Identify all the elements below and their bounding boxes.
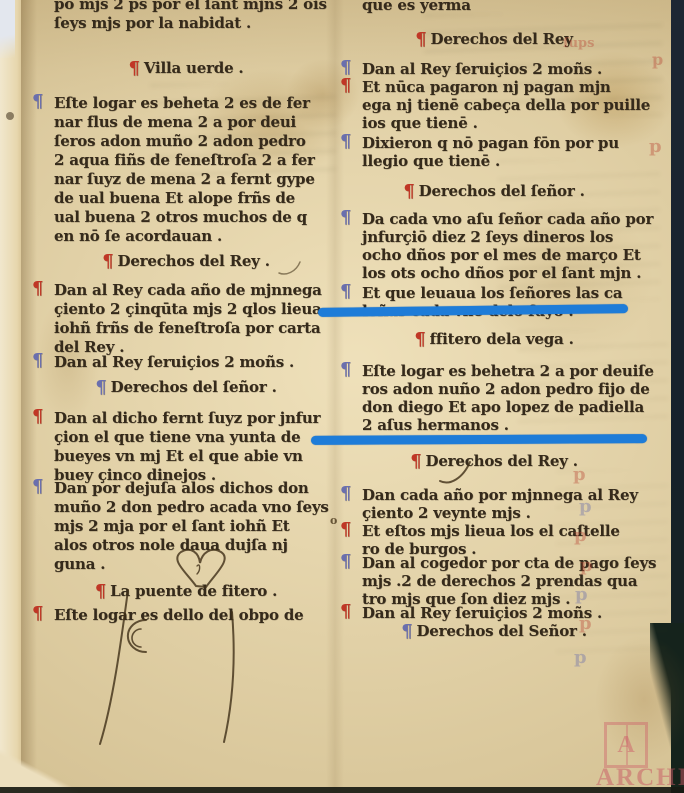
manuscript-line: Dan al Rey ſeruiçios 2 moñs . — [362, 60, 602, 78]
section-heading: ¶Derechos del ſeñor . — [344, 182, 644, 200]
pilcrow-icon: ¶ — [340, 553, 351, 571]
heading-text: Derechos del Rey — [431, 30, 573, 48]
pilcrow-icon: ¶ — [340, 603, 351, 621]
section-heading: ¶La puente de fitero . — [36, 582, 336, 601]
manuscript-line: çion el que tiene vna yunta de — [54, 428, 336, 447]
pilcrow-icon: ¶ — [340, 361, 351, 379]
pilcrow-icon: ¶ — [32, 478, 43, 496]
section-heading: ¶Derechos del Señor . — [344, 622, 644, 640]
manuscript-line: Et que leuaua los ſeñores las ca — [362, 284, 622, 302]
heading-text: Derechos del Rey . — [118, 252, 270, 270]
scan-corner-top-left — [0, 0, 15, 58]
paragraph: ¶Eſte logar es dello del obpo de — [36, 606, 336, 625]
section-heading: ¶Villa uerde . — [36, 59, 336, 78]
manuscript-line: jnfurçiō diez 2 ſeys dineros los — [362, 228, 644, 246]
fold-shadow — [21, 0, 37, 793]
paragraph: ¶Dan al Rey ſeruiçios 2 moñs . — [36, 353, 336, 372]
heading-text: Derechos del Rey . — [426, 452, 578, 470]
pilcrow-icon: ¶ — [415, 31, 426, 49]
manuscript-line: Da cada vno aſu ſeñor cada año por — [362, 210, 653, 228]
manuscript-line: Dan al Rey ſeruiçios 2 moñs . — [362, 604, 602, 622]
manuscript-line: nar flus de mena 2 a por deui — [54, 113, 336, 132]
manuscript-line: ros adon nuño 2 adon pedro fijo de — [362, 380, 644, 398]
pilcrow-icon: ¶ — [401, 623, 412, 641]
paragraph: ¶Eſte logar es beheta 2 es de fernar flu… — [36, 94, 336, 246]
highlight-line-2 — [311, 434, 647, 445]
paragraph: ¶Dan al Rey ſeruiçios 2 moñs . — [344, 604, 644, 622]
heading-text: Derechos del ſeñor . — [419, 182, 585, 200]
paragraph: ¶Dan por dejuſa alos dichos donmuño 2 do… — [36, 479, 336, 574]
pilcrow-icon: ¶ — [340, 209, 351, 227]
manuscript-line: çiento 2 veynte mjs . — [362, 504, 644, 522]
pilcrow-icon: ¶ — [32, 352, 43, 370]
archive-watermark-logo: A — [604, 722, 648, 768]
manuscript-line: alos otros nole daua dujſa nj — [54, 536, 336, 555]
pilcrow-icon: ¶ — [102, 253, 113, 271]
manuscript-line: Dan al Rey cada año de mjnnega — [54, 281, 322, 300]
manuscript-line: llegio que tienē . — [362, 152, 644, 170]
manuscript-line: en nō ſe acordauan . — [54, 227, 336, 246]
heading-text: La puente de fitero . — [110, 582, 277, 600]
manuscript-line: ſeros adon muño 2 adon pedro — [54, 132, 336, 151]
section-heading: ¶Derechos del Rey . — [36, 252, 336, 271]
manuscript-line: Eſte logar es beheta 2 es de fer — [54, 94, 310, 113]
manuscript-line: Dan por dejuſa alos dichos don — [54, 479, 309, 498]
manuscript-line: Dixieron q nō pagan fōn por pu — [362, 134, 619, 152]
pilcrow-icon: ¶ — [95, 583, 106, 601]
manuscript-scan: po mjs 2 ps por el ſant mjns 2 oisſeys m… — [0, 0, 684, 793]
right-column: que es yerma¶Derechos del Rey¶Dan al Rey… — [344, 0, 644, 640]
heading-text: Villa uerde . — [144, 59, 244, 77]
pilcrow-icon: ¶ — [403, 183, 414, 201]
manuscript-line: don diego Et apo lopez de padiella — [362, 398, 644, 416]
manuscript-line: Eſte logar es behetra 2 a por deuiſe — [362, 362, 654, 380]
heading-text: ffitero dela vega . — [430, 330, 574, 348]
manuscript-line: çiento 2 çinqūta mjs 2 qlos lieua — [54, 300, 336, 319]
left-column: po mjs 2 ps por el ſant mjns 2 oisſeys m… — [36, 0, 336, 625]
watermark-logo-letter: A — [617, 732, 634, 759]
manuscript-line: que es yerma — [362, 0, 644, 14]
paragraph: ¶Dixieron q nō pagan fōn por pullegio qu… — [344, 134, 644, 170]
manuscript-line: Eſte logar es dello del obpo de — [54, 606, 303, 625]
pilcrow-icon: ¶ — [129, 60, 140, 78]
section-heading: ¶Derechos del Rey — [344, 30, 644, 48]
paragraph: ¶Dan al cogedor por cta de pago ſeysmjs … — [344, 554, 644, 608]
pilcrow-icon: ¶ — [340, 77, 351, 95]
manuscript-line: muño 2 don pedro acada vno ſeys — [54, 498, 336, 517]
manuscript-line: bueyes vn mj Et el que abie vn — [54, 447, 336, 466]
manuscript-line: ual buena 2 otros muchos de q — [54, 208, 336, 227]
pilcrow-icon: ¶ — [414, 331, 425, 349]
page-corner-bottom-left — [0, 735, 78, 793]
manuscript-line: ocho dños por el mes de março Et — [362, 246, 644, 264]
pilcrow-icon: ¶ — [340, 521, 351, 539]
text-fragment: que es yerma — [344, 0, 644, 14]
manuscript-line: Dan cada año por mjnnega al Rey — [362, 486, 638, 504]
text-fragment: po mjs 2 ps por el ſant mjns 2 oisſeys m… — [36, 0, 336, 33]
paragraph: ¶Et nūca pagaron nj pagan mjnega nj tien… — [344, 78, 644, 132]
section-heading: ¶ffitero dela vega . — [344, 330, 644, 348]
manuscript-line: po mjs 2 ps por el ſant mjns 2 ois — [54, 0, 336, 14]
underpage-edge — [0, 0, 21, 793]
manuscript-line: iohñ frñs de feneſtroſa por carta — [54, 319, 336, 338]
pilcrow-icon: ¶ — [32, 280, 43, 298]
manuscript-line: mjs .2 de derechos 2 prendas qua — [362, 572, 644, 590]
manuscript-line: Et eſtos mjs lieua los el caſtelle — [362, 522, 620, 540]
manuscript-line: ſeys mjs por la nabidat . — [54, 14, 336, 33]
pilcrow-icon: ¶ — [32, 605, 43, 623]
heading-text: Derechos del ſeñor . — [111, 378, 277, 396]
manuscript-line: guna . — [54, 555, 336, 574]
paragraph: ¶Dan al Rey ſeruiçios 2 moñs . — [344, 60, 644, 78]
manuscript-line: los ots ocho dños por el ſant mjn . — [362, 264, 644, 282]
paragraph: ¶Da cada vno aſu ſeñor cada año porjnfur… — [344, 210, 644, 282]
manuscript-line: 2 aſus hermanos . — [362, 416, 644, 434]
paragraph: ¶Dan cada año por mjnnega al Reyçiento 2… — [344, 486, 644, 522]
section-heading: ¶Derechos del Rey . — [344, 452, 644, 470]
manuscript-line: nar ſuyz de mena 2 a fernt gype — [54, 170, 336, 189]
pilcrow-icon: ¶ — [410, 453, 421, 471]
pilcrow-icon: ¶ — [32, 93, 43, 111]
pilcrow-icon: ¶ — [340, 133, 351, 151]
manuscript-line: de ual buena Et alope frñs de — [54, 189, 336, 208]
paragraph: ¶Dan al Rey cada año de mjnnegaçiento 2 … — [36, 281, 336, 357]
manuscript-line: Dan al dicho fernt ſuyz por jnfur — [54, 409, 320, 428]
manuscript-line: Dan al Rey ſeruiçios 2 moñs . — [54, 353, 294, 372]
manuscript-line: ega nj tienē cabeça della por puille — [362, 96, 644, 114]
pilcrow-icon: ¶ — [340, 283, 351, 301]
manuscript-line: ios que tienē . — [362, 114, 644, 132]
manuscript-line: Et nūca pagaron nj pagan mjn — [362, 78, 611, 96]
pilcrow-icon: ¶ — [340, 485, 351, 503]
manuscript-line: 2 aqua fiñs de feneſtroſa 2 a fer — [54, 151, 336, 170]
paragraph: ¶Eſte logar es behetra 2 a por deuiſeros… — [344, 362, 644, 434]
pilcrow-icon: ¶ — [32, 408, 43, 426]
manuscript-line: Dan al cogedor por cta de pago ſeys — [362, 554, 656, 572]
heading-text: Derechos del Señor . — [416, 622, 586, 640]
manuscript-line: mjs 2 mja por el ſant iohñ Et — [54, 517, 336, 536]
pilcrow-icon: ¶ — [95, 379, 106, 397]
section-heading: ¶Derechos del ſeñor . — [36, 378, 336, 397]
paragraph: ¶Et eſtos mjs lieua los el caſtellero de… — [344, 522, 644, 558]
scan-edge-bottom — [0, 787, 684, 793]
paragraph: ¶Dan al dicho fernt ſuyz por jnfurçion e… — [36, 409, 336, 485]
archive-watermark-text: ARCHIVOS — [596, 764, 684, 792]
